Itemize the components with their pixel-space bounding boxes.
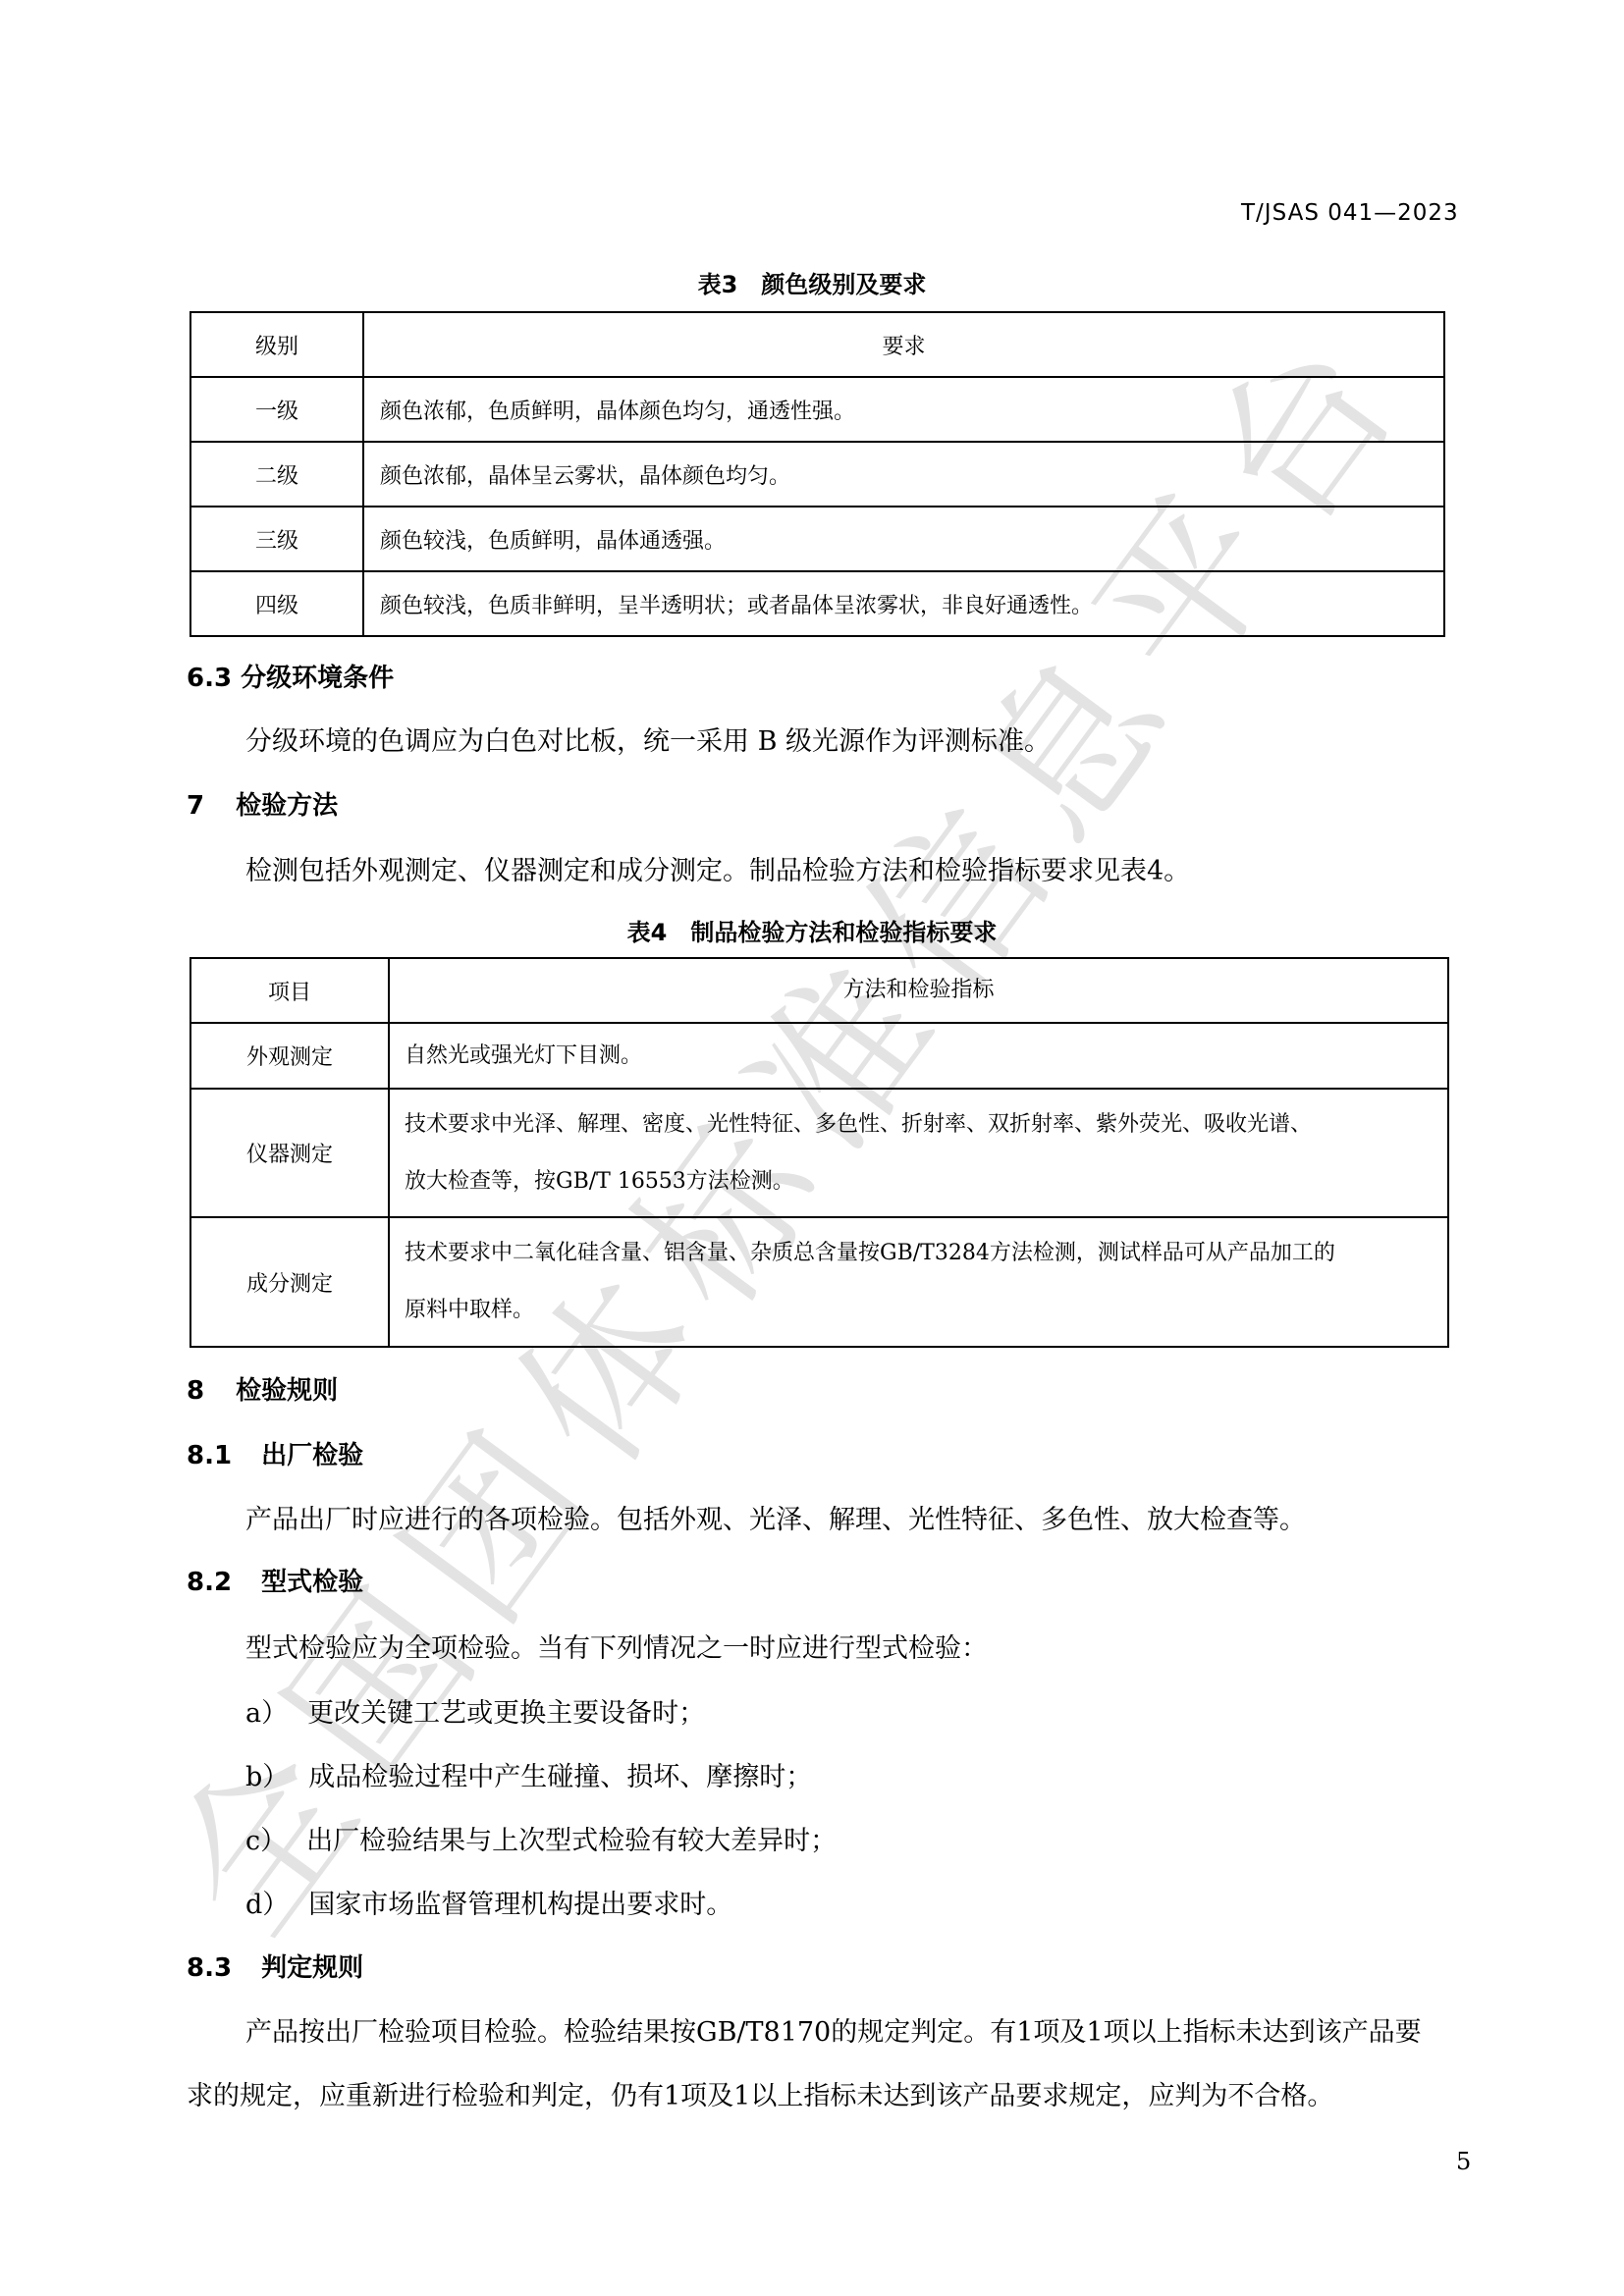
- section-title: 分级环境条件: [241, 664, 394, 693]
- table-row: 仪器测定 技术要求中光泽、解理、密度、光性特征、多色性、折射率、双折射率、紫外荧…: [190, 1089, 1448, 1217]
- table-row: 一级 颜色浓郁，色质鲜明，晶体颜色均匀，通透性强。: [190, 377, 1444, 442]
- page-number: 5: [1456, 2148, 1471, 2175]
- method-line: 技术要求中光泽、解理、密度、光性特征、多色性、折射率、双折射率、紫外荧光、吸收光…: [405, 1096, 1447, 1153]
- section-6-3-text: 分级环境的色调应为白色对比板，统一采用 B 级光源作为评测标准。: [245, 720, 1051, 758]
- list-item: a）更改关键工艺或更换主要设备时；: [245, 1691, 705, 1730]
- section-8-1-heading: 8.1出厂检验: [187, 1435, 363, 1471]
- section-title: 型式检验: [261, 1568, 363, 1597]
- section-title: 检验规则: [236, 1376, 338, 1406]
- document-code: T/JSAS 041—2023: [1241, 200, 1459, 226]
- requirement-cell: 颜色较浅，色质非鲜明，呈半透明状；或者晶体呈浓雾状，非良好通透性。: [363, 571, 1444, 636]
- requirement-cell: 颜色浓郁，晶体呈云雾状，晶体颜色均匀。: [363, 442, 1444, 507]
- section-8-heading: 8检验规则: [187, 1370, 338, 1407]
- page-content: T/JSAS 041—2023 表3 颜色级别及要求 级别 要求 一级 颜色浓郁…: [0, 0, 1624, 2296]
- section-number: 8: [187, 1376, 204, 1406]
- list-marker: d）: [245, 1890, 289, 1920]
- table-row: 三级 颜色较浅，色质鲜明，晶体通透强。: [190, 507, 1444, 571]
- section-title: 出厂检验: [261, 1441, 363, 1470]
- header-item: 项目: [190, 958, 389, 1023]
- list-marker: b）: [245, 1762, 289, 1792]
- header-method: 方法和检验指标: [389, 958, 1448, 1023]
- section-8-1-text: 产品出厂时应进行的各项检验。包括外观、光泽、解理、光性特征、多色性、放大检查等。: [245, 1498, 1306, 1536]
- table4-inspection-methods: 项目 方法和检验指标 外观测定 自然光或强光灯下目测。 仪器测定 技术要求中光泽…: [189, 957, 1449, 1348]
- list-item: b）成品检验过程中产生碰撞、损坏、摩擦时；: [245, 1755, 812, 1793]
- list-item: d）国家市场监督管理机构提出要求时。: [245, 1883, 732, 1921]
- table-header-row: 项目 方法和检验指标: [190, 958, 1448, 1023]
- section-8-3-heading: 8.3判定规则: [187, 1948, 363, 1984]
- method-cell: 自然光或强光灯下目测。: [389, 1023, 1448, 1089]
- section-number: 8.3: [187, 1953, 232, 1983]
- item-cell: 成分测定: [190, 1217, 389, 1347]
- method-line: 自然光或强光灯下目测。: [405, 1028, 1447, 1085]
- section-7-heading: 7检验方法: [187, 785, 338, 822]
- section-8-2-text: 型式检验应为全项检验。当有下列情况之一时应进行型式检验：: [245, 1627, 988, 1665]
- grade-cell: 一级: [190, 377, 363, 442]
- grade-cell: 三级: [190, 507, 363, 571]
- requirement-cell: 颜色浓郁，色质鲜明，晶体颜色均匀，通透性强。: [363, 377, 1444, 442]
- method-line: 放大检查等，按GB/T 16553方法检测。: [405, 1153, 1447, 1210]
- list-marker: c）: [245, 1826, 287, 1856]
- item-cell: 仪器测定: [190, 1089, 389, 1217]
- table3-color-grades: 级别 要求 一级 颜色浓郁，色质鲜明，晶体颜色均匀，通透性强。 二级 颜色浓郁，…: [189, 311, 1445, 637]
- table-header-row: 级别 要求: [190, 312, 1444, 377]
- list-text: 更改关键工艺或更换主要设备时；: [307, 1698, 705, 1729]
- table-row: 二级 颜色浓郁，晶体呈云雾状，晶体颜色均匀。: [190, 442, 1444, 507]
- header-requirement: 要求: [363, 312, 1444, 377]
- method-cell: 技术要求中二氧化硅含量、铝含量、杂质总含量按GB/T3284方法检测，测试样品可…: [389, 1217, 1448, 1347]
- grade-cell: 二级: [190, 442, 363, 507]
- section-title: 检验方法: [236, 791, 338, 821]
- table3-title: 表3 颜色级别及要求: [0, 265, 1624, 299]
- list-marker: a）: [245, 1698, 288, 1729]
- table-row: 四级 颜色较浅，色质非鲜明，呈半透明状；或者晶体呈浓雾状，非良好通透性。: [190, 571, 1444, 636]
- section-number: 8.2: [187, 1568, 232, 1597]
- section-8-3-text-line2: 求的规定，应重新进行检验和判定，仍有1项及1以上指标未达到该产品要求规定，应判为…: [187, 2074, 1333, 2112]
- section-7-text: 检测包括外观测定、仪器测定和成分测定。制品检验方法和检验指标要求见表4。: [245, 849, 1190, 887]
- table4-title: 表4 制品检验方法和检验指标要求: [0, 913, 1624, 947]
- header-grade: 级别: [190, 312, 363, 377]
- section-6-3-heading: 6.3 分级环境条件: [187, 658, 394, 694]
- grade-cell: 四级: [190, 571, 363, 636]
- list-text: 成品检验过程中产生碰撞、损坏、摩擦时；: [308, 1762, 812, 1792]
- list-item: c）出厂检验结果与上次型式检验有较大差异时；: [245, 1819, 837, 1857]
- list-text: 出厂检验结果与上次型式检验有较大差异时；: [306, 1826, 837, 1856]
- section-8-3-text-line1: 产品按出厂检验项目检验。检验结果按GB/T8170的规定判定。有1项及1项以上指…: [245, 2010, 1422, 2049]
- section-number: 6.3: [187, 664, 232, 693]
- section-number: 8.1: [187, 1441, 232, 1470]
- method-cell: 技术要求中光泽、解理、密度、光性特征、多色性、折射率、双折射率、紫外荧光、吸收光…: [389, 1089, 1448, 1217]
- requirement-cell: 颜色较浅，色质鲜明，晶体通透强。: [363, 507, 1444, 571]
- document-page: 全国团体标准信息平台 T/JSAS 041—2023 表3 颜色级别及要求 级别…: [0, 0, 1624, 2296]
- section-number: 7: [187, 791, 204, 821]
- table-row: 成分测定 技术要求中二氧化硅含量、铝含量、杂质总含量按GB/T3284方法检测，…: [190, 1217, 1448, 1347]
- table-row: 外观测定 自然光或强光灯下目测。: [190, 1023, 1448, 1089]
- item-cell: 外观测定: [190, 1023, 389, 1089]
- method-line: 原料中取样。: [405, 1282, 1447, 1339]
- method-line: 技术要求中二氧化硅含量、铝含量、杂质总含量按GB/T3284方法检测，测试样品可…: [405, 1225, 1447, 1282]
- list-text: 国家市场监督管理机构提出要求时。: [308, 1890, 732, 1920]
- section-8-2-heading: 8.2型式检验: [187, 1562, 363, 1598]
- section-title: 判定规则: [261, 1953, 363, 1983]
